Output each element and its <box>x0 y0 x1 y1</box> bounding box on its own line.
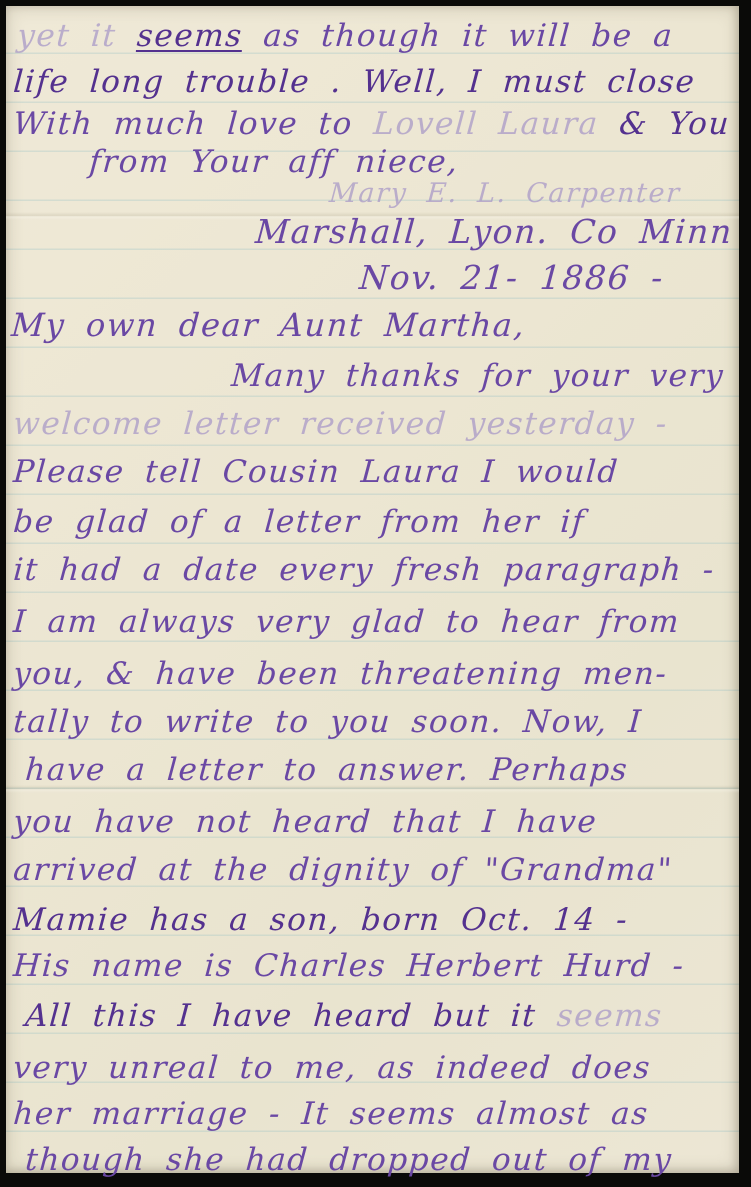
letter-text-segment: Mary E. L. Carpenter <box>328 178 682 209</box>
letter-text-segment: I am always very glad to hear from <box>12 604 681 640</box>
letter-text-segment: Marshall, Lyon. Co Minn <box>254 212 734 251</box>
letter-text-segment: Lovell Laura <box>372 106 620 142</box>
letter-text-segment: her marriage - It seems almost as <box>12 1096 650 1132</box>
handwriting-layer: yet it seems as though it will be alife … <box>6 6 739 1173</box>
letter-date-line: Nov. 21- 1886 - <box>358 258 665 298</box>
letter-line-17: have a letter to answer. Perhaps <box>24 752 630 789</box>
letter-text-segment: very unreal to me, as indeed does <box>12 1050 652 1086</box>
letter-line-14: I am always very glad to hear from <box>12 604 681 641</box>
letter-text-segment: With much love to <box>12 106 375 142</box>
letter-text-segment: All this I have heard but it <box>24 998 558 1034</box>
letter-paper: yet it seems as though it will be alife … <box>6 6 739 1173</box>
letter-text-segment: yet it <box>16 18 138 54</box>
letter-line-24: her marriage - It seems almost as <box>12 1096 650 1133</box>
letter-text-segment: from Your aff niece, <box>88 144 460 180</box>
letter-line-16: tally to write to you soon. Now, I <box>12 704 644 741</box>
letter-signature: Mary E. L. Carpenter <box>328 178 682 210</box>
letter-line-23: very unreal to me, as indeed does <box>12 1050 652 1087</box>
letter-text-segment: tally to write to you soon. Now, I <box>12 704 643 740</box>
letter-line-10: welcome letter received yesterday - <box>12 406 669 443</box>
letter-text-segment: life long trouble <box>12 64 311 100</box>
letter-text-segment: welcome letter received yesterday - <box>12 406 669 442</box>
letter-text-segment: His name is Charles Herbert Hurd - <box>12 948 686 984</box>
scanned-letter-page: yet it seems as though it will be alife … <box>0 0 751 1187</box>
letter-text-segment: you have not heard that I have <box>12 804 599 840</box>
letter-line-4: from Your aff niece, <box>88 144 460 181</box>
letter-text-segment: be glad of a letter from her if <box>12 504 586 540</box>
letter-text-segment: have a letter to answer. Perhaps <box>24 752 630 788</box>
letter-line-25: though she had dropped out of my <box>24 1142 674 1179</box>
letter-text-segment: Nov. 21- 1886 - <box>358 258 665 297</box>
letter-line-15: you, & have been threatening men- <box>12 656 669 693</box>
letter-line-9: Many thanks for your very <box>230 358 725 395</box>
letter-text-segment: seems <box>556 998 664 1034</box>
letter-text-segment: though she had dropped out of my <box>24 1142 674 1178</box>
letter-line-18: you have not heard that I have <box>12 804 599 841</box>
letter-line-20: Mamie has a son, born Oct. 14 - <box>12 902 630 939</box>
letter-text-segment: Please tell Cousin Laura I would <box>12 454 620 490</box>
letter-place-line: Marshall, Lyon. Co Minn <box>254 212 734 252</box>
letter-text-segment: My own dear Aunt Martha, <box>10 306 527 344</box>
letter-text-segment: & You <box>618 106 731 142</box>
letter-text-segment: you, & have been threatening men- <box>12 656 669 692</box>
letter-line-19: arrived at the dignity of "Grandma" <box>12 852 674 889</box>
letter-text-segment: it had a date every fresh paragraph - <box>12 552 716 588</box>
letter-salutation: My own dear Aunt Martha, <box>10 306 527 344</box>
letter-text-segment: Many thanks for your very <box>230 358 725 394</box>
letter-line-13: it had a date every fresh paragraph - <box>12 552 716 589</box>
letter-line-1: yet it seems as though it will be a <box>16 18 675 55</box>
letter-text-segment: Mamie has a son, born Oct. 14 - <box>12 902 630 938</box>
letter-line-21: His name is Charles Herbert Hurd - <box>12 948 686 985</box>
letter-text-segment: seems <box>136 18 244 54</box>
letter-line-2: life long trouble . Well, I must close <box>12 64 697 101</box>
letter-text-segment: arrived at the dignity of "Grandma" <box>12 852 674 888</box>
letter-text-segment: as though it will be a <box>242 18 675 54</box>
letter-line-3: With much love to Lovell Laura & You <box>12 106 731 143</box>
letter-line-22: All this I have heard but it seems <box>24 998 664 1035</box>
letter-line-11: Please tell Cousin Laura I would <box>12 454 620 491</box>
letter-text-segment: . Well, I must close <box>309 64 697 100</box>
letter-line-12: be glad of a letter from her if <box>12 504 586 541</box>
